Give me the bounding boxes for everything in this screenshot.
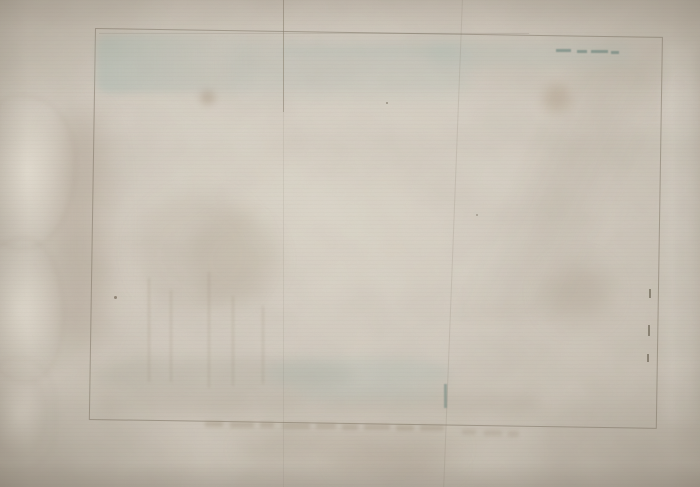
paper-grain-texture: [0, 0, 700, 487]
photo-print-verso: Verso of an antique engraved print on ag…: [0, 0, 700, 487]
